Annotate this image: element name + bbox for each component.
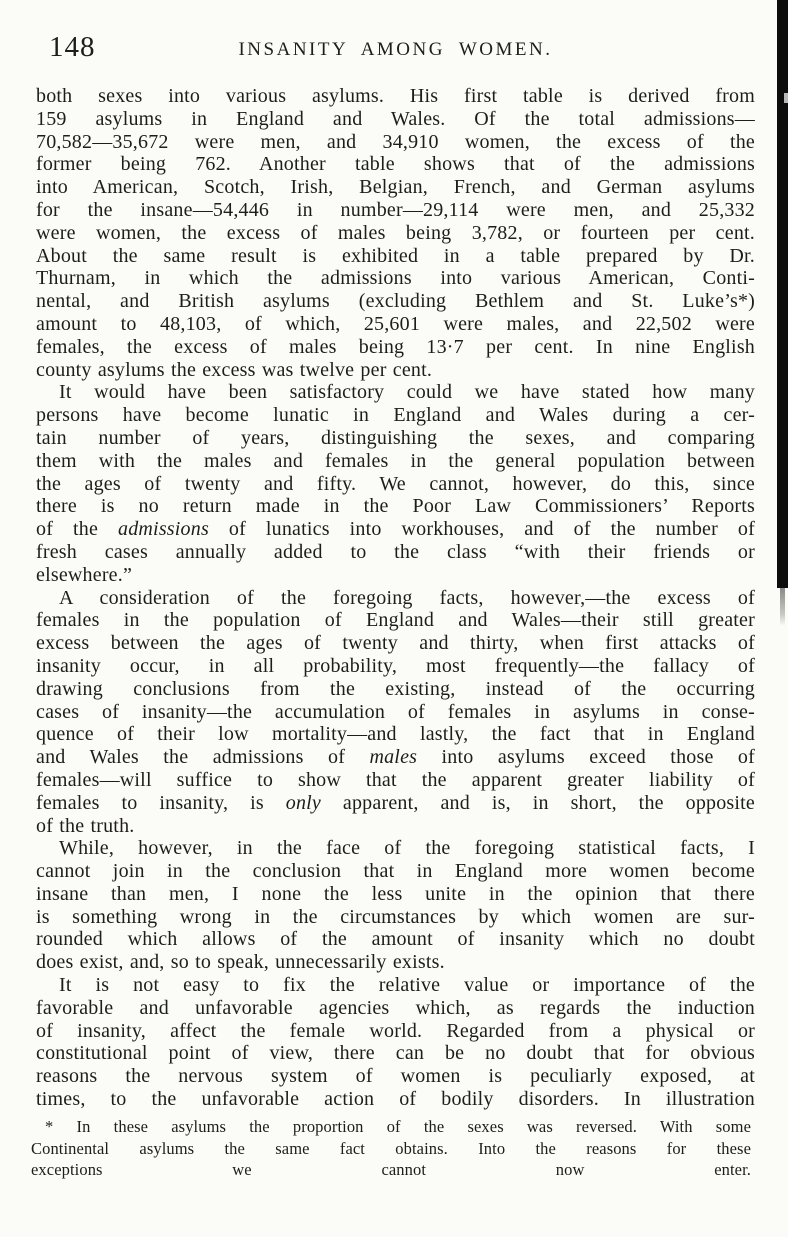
text-line: there is no return made in the Poor Law … — [36, 495, 755, 518]
text-line: It would have been satisfactory could we… — [36, 381, 755, 404]
text-line: of the admissions of lunatics into workh… — [36, 518, 755, 541]
text-line: It is not easy to fix the relative value… — [36, 974, 755, 997]
text-line: females in the population of England and… — [36, 609, 755, 632]
text-line: nental, and British asylums (excluding B… — [36, 290, 755, 313]
footnote-line: Continental asylums the same fact obtain… — [31, 1138, 751, 1160]
text-line: 159 asylums in England and Wales. Of the… — [36, 108, 755, 131]
scan-binding-artifact — [777, 0, 788, 588]
text-line: About the same result is exhibited in a … — [36, 245, 755, 268]
scan-binding-notch — [784, 93, 788, 103]
text-line: tain number of years, distinguishing the… — [36, 427, 755, 450]
text-line: for the insane—54,446 in number—29,114 w… — [36, 199, 755, 222]
text-line: While, however, in the face of the foreg… — [36, 837, 755, 860]
footnote-line: * In these asylums the proportion of the… — [31, 1116, 751, 1138]
text-line: elsewhere.” — [36, 564, 755, 587]
text-line: both sexes into various asylums. His fir… — [36, 85, 755, 108]
text-line: the ages of twenty and fifty. We cannot,… — [36, 473, 755, 496]
footnote-line: exceptions we cannot now enter. — [31, 1159, 751, 1181]
text-line: into American, Scotch, Irish, Belgian, F… — [36, 176, 755, 199]
text-line: were women, the excess of males being 3,… — [36, 222, 755, 245]
text-line: is something wrong in the circumstances … — [36, 906, 755, 929]
text-line: females, the excess of males being 13·7 … — [36, 336, 755, 359]
text-line: times, to the unfavorable action of bodi… — [36, 1088, 755, 1111]
text-line: females—will suffice to show that the ap… — [36, 769, 755, 792]
text-line: does exist, and, so to speak, unnecessar… — [36, 951, 755, 974]
text-line: and Wales the admissions of males into a… — [36, 746, 755, 769]
text-line: insane than men, I none the less unite i… — [36, 883, 755, 906]
text-line: favorable and unfavorable agencies which… — [36, 997, 755, 1020]
text-line: persons have become lunatic in England a… — [36, 404, 755, 427]
running-title: INSANITY AMONG WOMEN. — [36, 30, 755, 61]
text-line: excess between the ages of twenty and th… — [36, 632, 755, 655]
text-line: cannot join in the conclusion that in En… — [36, 860, 755, 883]
text-line: 70,582—35,672 were men, and 34,910 women… — [36, 131, 755, 154]
text-line: reasons the nervous system of women is p… — [36, 1065, 755, 1088]
text-line: females to insanity, is only apparent, a… — [36, 792, 755, 815]
text-line: quence of their low mortality—and lastly… — [36, 723, 755, 746]
italic-text: males — [369, 746, 417, 768]
text-line: cases of insanity—the accumulation of fe… — [36, 701, 755, 724]
text-line: of insanity, affect the female world. Re… — [36, 1020, 755, 1043]
text-line: them with the males and females in the g… — [36, 450, 755, 473]
text-line: insanity occur, in all probability, most… — [36, 655, 755, 678]
italic-text: only — [286, 792, 321, 814]
text-line: former being 762. Another table shows th… — [36, 153, 755, 176]
book-page: 148 INSANITY AMONG WOMEN. both sexes int… — [0, 0, 788, 1237]
body-text: both sexes into various asylums. His fir… — [36, 85, 755, 1111]
text-line: A consideration of the foregoing facts, … — [36, 587, 755, 610]
text-line: rounded which allows of the amount of in… — [36, 928, 755, 951]
text-line: drawing conclusions from the existing, i… — [36, 678, 755, 701]
page-number: 148 — [49, 31, 96, 64]
text-line: amount to 48,103, of which, 25,601 were … — [36, 313, 755, 336]
text-line: county asylums the excess was twelve per… — [36, 359, 755, 382]
text-line: fresh cases annually added to the class … — [36, 541, 755, 564]
text-line: constitutional point of view, there can … — [36, 1042, 755, 1065]
footnote: * In these asylums the proportion of the… — [31, 1116, 751, 1181]
italic-text: admissions — [118, 518, 209, 540]
text-line: Thurnam, in which the admissions into va… — [36, 267, 755, 290]
page-header: 148 INSANITY AMONG WOMEN. — [36, 30, 755, 66]
text-line: of the truth. — [36, 815, 755, 838]
